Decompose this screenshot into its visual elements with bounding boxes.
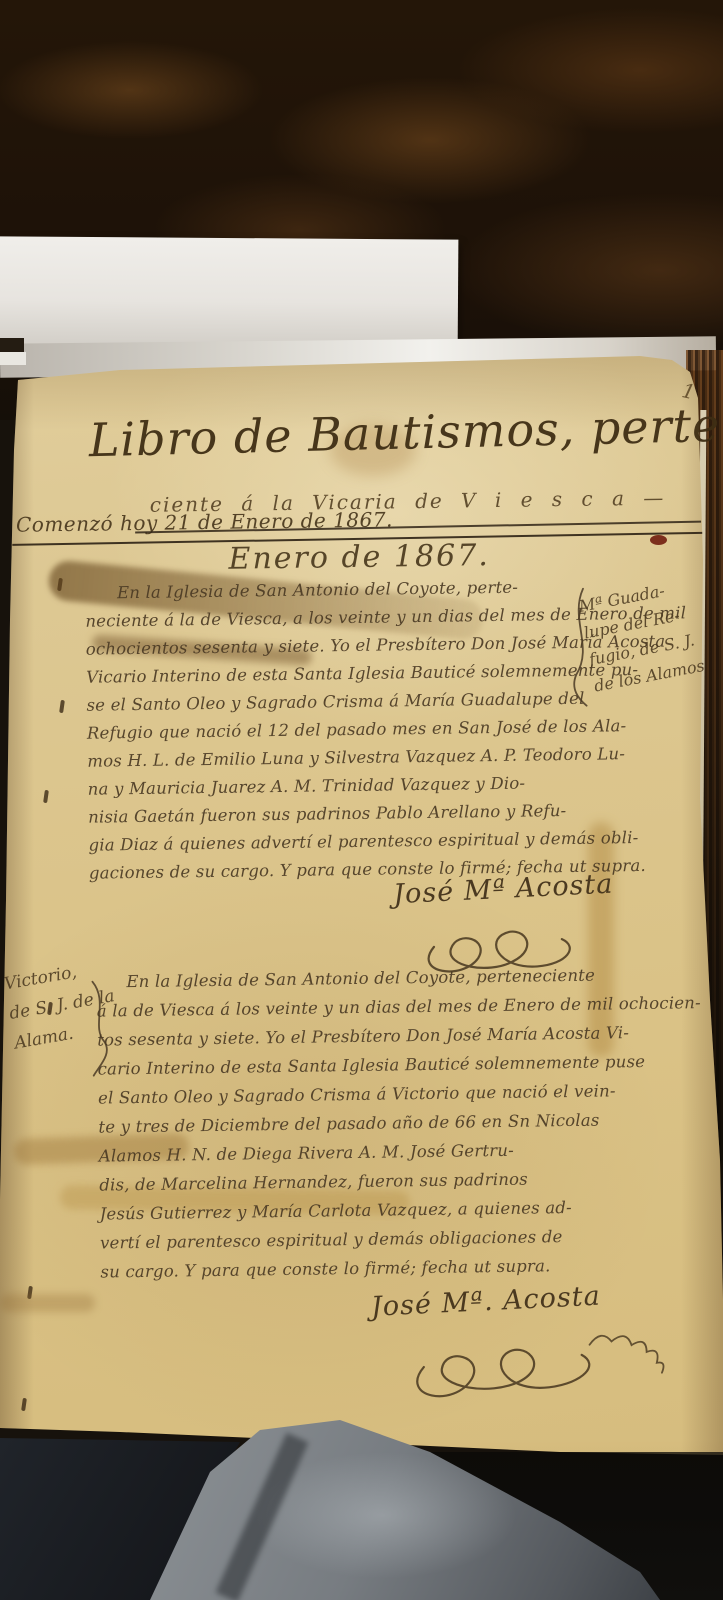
photo-of-baptismal-register: 1 Libro de Bautismos, pertene ciente á l… (0, 0, 723, 1600)
signature-rubric-2 (383, 1316, 674, 1408)
handwriting-layer: 1 Libro de Bautismos, pertene ciente á l… (0, 0, 723, 1600)
opening-date-line: Comenzó hoy 21 de Enero de 1867. (16, 507, 393, 536)
margin-note-entry-1: Mª Guada- lupe del Re- fugio, de S. J. d… (577, 572, 707, 699)
register-title: Libro de Bautismos, pertene (88, 396, 723, 467)
month-heading: Enero de 1867. (228, 538, 490, 577)
baptism-entry-2: En la Iglesia de San Antonio del Coyote,… (96, 960, 676, 1287)
